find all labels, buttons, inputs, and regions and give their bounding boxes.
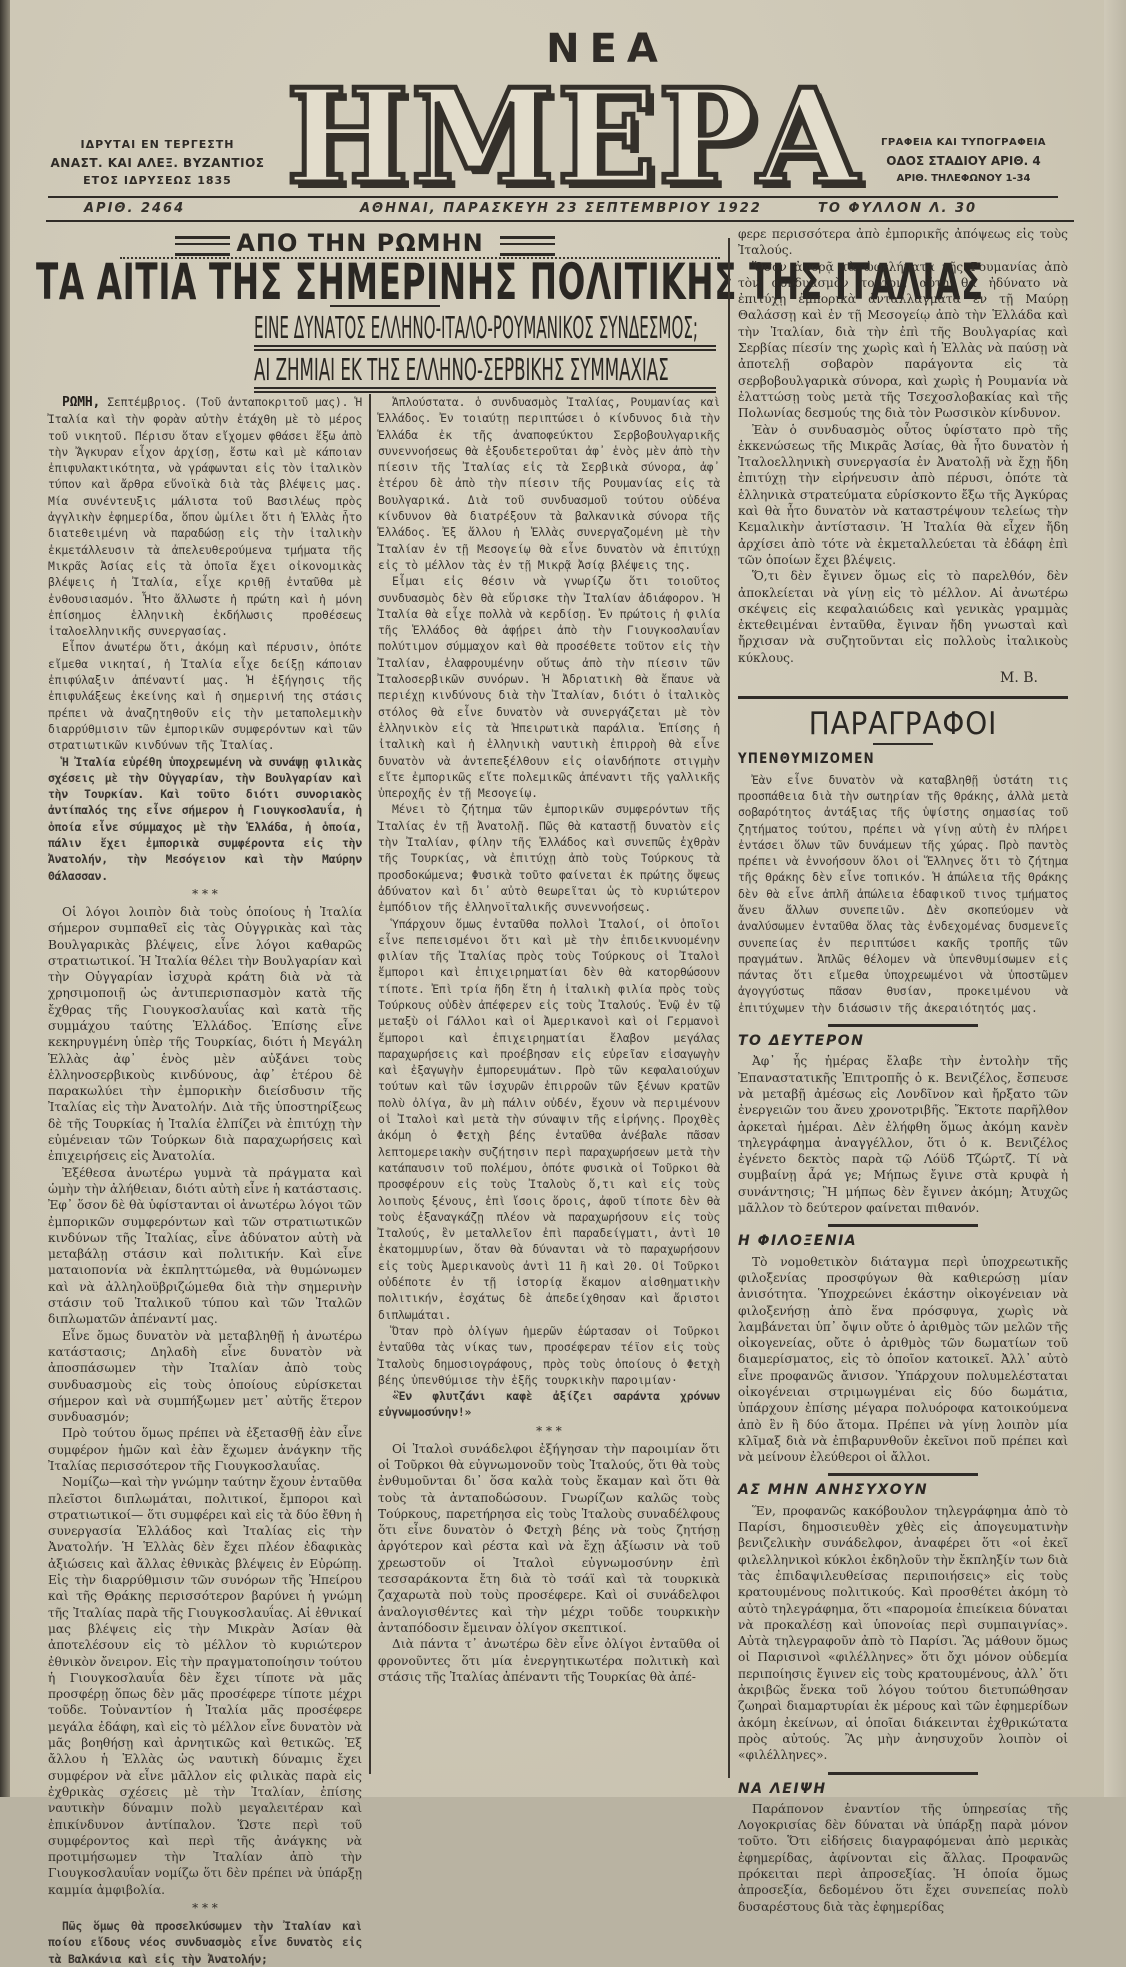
lead-deck-2: ΑΙ ΖΗΜΙΑΙ ΕΚ ΤΗΣ ΕΛΛΗΝΟ-ΣΕΡΒΙΚΗΣ ΣΥΜΜΑΧΙ… [254,353,669,388]
proverb-quote: «Ἓν φλυτζάνι καφὲ ἀξίζει σαράντα χρόνων … [378,1388,720,1421]
page-edge-left [0,0,10,1797]
article-paragraph: Εἶνε ὅμως δυνατὸν νὰ μεταβληθῇ ἡ ἀνωτέρω… [48,1328,362,1426]
article-paragraph: Οἱ λόγοι λοιπὸν διὰ τοὺς ὁποίους ἡ Ἰταλί… [48,904,362,1165]
paragraph-heading: ΥΠΕΝΘΥΜΙΖΟΜΕΝ [738,751,1019,767]
article-paragraph: Εἶμαι εἰς θέσιν νὰ γνωρίζω ὅτι τοιοῦτος … [378,573,720,801]
article-paragraph: Ἁπλούστατα. ὁ συνδυασμὸς Ἰταλίας, Ρουμαν… [378,394,720,573]
founder-line: ΙΔΡΥΤΑΙ ΕΝ ΤΕΡΓΕΣΤΗ [45,136,270,154]
deck-bottom-rule [254,391,716,393]
masthead-title: ΗΜΕΡΑ [286,78,806,196]
paragraph-heading: ΑΣ ΜΗΝ ΑΝΗΣΥΧΟΥΝ [738,1482,1068,1498]
paragraph-body: Τὸ νομοθετικὸν διάταγμα περὶ ὑποχρεωτικῆ… [738,1254,1068,1466]
section-divider [738,696,1068,699]
article-paragraph: ΡΩΜΗ, Σεπτέμβριος. (Τοῦ ἀνταποκριτοῦ μας… [48,394,362,639]
lead-headline: ΤΑ ΑΙΤΙΑ ΤΗΣ ΣΗΜΕΡΙΝΗΣ ΠΟΛΙΤΙΚΗΣ ΤΗΣ ΙΤΑ… [36,258,479,306]
paragraph-divider [828,1224,978,1227]
article-column-3: φερε περισσότερα ἀπὸ ἐμπορικῆς ἀπόψεως ε… [738,226,1068,1797]
article-paragraph: Μένει τὸ ζήτημα τῶν ἐμπορικῶν συμφερόντω… [378,801,720,915]
article-paragraph: φερε περισσότερα ἀπὸ ἐμπορικῆς ἀπόψεως ε… [738,226,1068,259]
deck-separator [254,349,716,351]
article-paragraph: Εἶπον ἀνωτέρω ὅτι, ἀκόμη καὶ πέρυσιν, ὁπ… [48,639,362,753]
article-paragraph: Πρὸ τούτου ὅμως πρέπει νὰ ἐξετασθῇ ἐὰν ε… [48,1425,362,1474]
paragraph-divider [828,1473,978,1476]
author-signature: Μ. Β. [738,670,1068,686]
article-paragraph: Ἡ Ἰταλία εὑρέθη ὑποχρεωμένη νὰ συνάψῃ φι… [48,754,362,884]
office-line: ΟΔΟΣ ΣΤΑΔΙΟΥ ΑΡΙΘ. 4 [856,152,1071,170]
article-paragraph: Οἱ Ἰταλοὶ συνάδελφοι ἐξήγησαν τὴν παροιμ… [378,1441,720,1637]
paragraph-divider [828,1024,978,1027]
office-line: ΓΡΑΦΕΙΑ ΚΑΙ ΤΥΠΟΓΡΑΦΕΙΑ [856,134,1071,152]
paragraph-heading: ΤΟ ΔΕΥΤΕΡΟΝ [738,1033,1068,1049]
paragraph-divider [828,1772,978,1775]
deck-2-underline [254,387,716,389]
issue-price: ΤΟ ΦΥΛΛΟΝ Λ. 30 [818,201,977,216]
column-rule [369,394,371,1774]
paragraph-body: Ἕν, προφανῶς κακόβουλον τηλεγράφημα ἀπὸ … [738,1503,1068,1764]
newspaper-page: ΝΕΑ ΗΜΕΡΑ ΙΔΡΥΤΑΙ ΕΝ ΤΕΡΓΕΣΤΗ ΑΝΑΣΤ. ΚΑΙ… [0,0,1126,1797]
article-paragraph: Ὅταν πρὸ ὀλίγων ἡμερῶν ἑώρτασαν οἱ Τοῦρκ… [378,1323,720,1388]
article-column-2: Ἁπλούστατα. ὁ συνδυασμὸς Ἰταλίας, Ρουμαν… [378,394,720,1685]
office-line: ΑΡΙΘ. ΤΗΛΕΦΩΝΟΥ 1-34 [856,170,1071,188]
paragraph-heading: Η ΦΙΛΟΞΕΝΙΑ [738,1233,1068,1249]
article-dateline: ΡΩΜΗ, [62,395,100,410]
founder-line: ΕΤΟΣ ΙΔΡΥΣΕΩΣ 1835 [45,172,270,190]
article-paragraph: Ὅσον ἀφορᾷ τὰ ὠφελήματα τῆς Ρουμανίας ἀπ… [738,259,1068,422]
article-paragraph: Ὑπάρχουν ὅμως ἐνταῦθα πολλοὶ Ἰταλοί, οἱ … [378,916,720,1323]
masthead-rule-bottom [46,220,1074,222]
deck-1-underline [254,345,716,347]
page-edge-right [1104,0,1126,1797]
masthead-office-info: ΓΡΑΦΕΙΑ ΚΑΙ ΤΥΠΟΓΡΑΦΕΙΑ ΟΔΟΣ ΣΤΑΔΙΟΥ ΑΡΙ… [856,134,1071,188]
issue-number: ΑΡΙΘ. 2464 [84,201,185,216]
article-paragraph: Νομίζω—καὶ τὴν γνώμην ταύτην ἔχουν ἐνταῦ… [48,1474,362,1797]
paragraph-heading: ΝΑ ΛΕΙΨΗ [738,1781,1068,1797]
dateline-bar: ΑΡΙΘ. 2464 ΑΘΗΝΑΙ, ΠΑΡΑΣΚΕΥΗ 23 ΣΕΠΤΕΜΒΡ… [48,198,1058,220]
section-break-asterisks: * * * [48,886,362,902]
founder-line: ΑΝΑΣΤ. ΚΑΙ ΑΛΕΞ. ΒΥΖΑΝΤΙΟΣ [45,154,270,172]
lead-deck-1: ΕΙΝΕ ΔΥΝΑΤΟΣ ΕΛΛΗΝΟ-ΙΤΑΛΟ-ΡΟΥΜΑΝΙΚΟΣ ΣΥΝ… [254,311,698,346]
paragraph-body: Ἐὰν εἶνε δυνατὸν νὰ καταβληθῇ ὑστάτη τις… [738,772,1068,1016]
paragraphs-section-title: ΠΑΡΑΓΡΑΦΟΙ [755,707,1052,741]
paragraph-body: Ἀφ᾽ ἧς ἡμέρας ἔλαβε τὴν ἐντολὴν τῆς Ἐπαν… [738,1053,1068,1216]
article-paragraph: Ὅ,τι δὲν ἔγινεν ὅμως εἰς τὸ παρελθόν, δὲ… [738,568,1068,666]
masthead-founder-info: ΙΔΡΥΤΑΙ ΕΝ ΤΕΡΓΕΣΤΗ ΑΝΑΣΤ. ΚΑΙ ΑΛΕΞ. ΒΥΖ… [45,136,270,190]
section-break-asterisks: * * * [378,1423,720,1439]
publication-date: ΑΘΗΝΑΙ, ΠΑΡΑΣΚΕΥΗ 23 ΣΕΠΤΕΜΒΡΙΟΥ 1922 [360,201,762,216]
article-paragraph: Ἐξέθεσα ἀνωτέρω γυμνὰ τὰ πράγματα καὶ ὡμ… [48,1165,362,1328]
title-underline [873,743,933,745]
article-column-1: ΡΩΜΗ, Σεπτέμβριος. (Τοῦ ἀνταποκριτοῦ μας… [48,394,362,1797]
headline-short-rule [330,305,440,307]
article-paragraph: Διὰ πάντα τ᾽ ἀνωτέρω δὲν εἶνε ὀλίγοι ἐντ… [378,1636,720,1685]
column-rule [728,238,730,1778]
article-paragraph: Ἐὰν ὁ συνδυασμὸς οὗτος ὑφίστατο πρὸ τῆς … [738,422,1068,569]
